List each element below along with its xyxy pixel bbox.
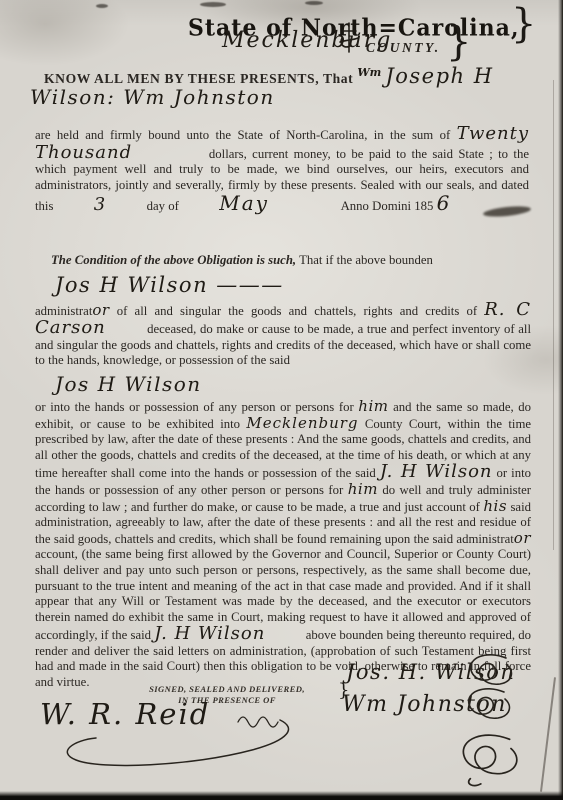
attestation-line-1: SIGNED, SEALED AND DELIVERED, [112,684,342,695]
condition-flow-1: administrator of all and singular the go… [35,301,531,369]
bounden-dash: ——— [216,273,284,297]
condition-lead-roman: That if the above bounden [299,253,433,267]
administrator-name: Jos H Wilson [55,372,202,396]
bond-year-handwritten: 6 [437,191,450,215]
header-brace-top: } [511,4,536,44]
scan-speck [305,1,323,5]
administrator-name-line: Jos H Wilson [55,373,531,395]
scan-speck [200,2,226,7]
or-handwritten: or [514,529,531,547]
his-handwritten: his [483,497,507,515]
him-handwritten-2: him [348,480,378,498]
scan-edge-bottom [0,791,563,800]
scan-edge-right [558,0,563,800]
bond-anno-domini: Anno Domini 185 [341,199,434,213]
bond-held-clause: are held and firmly bound unto the State… [35,128,450,142]
possession-name: J. H Wilson [380,461,493,482]
approved-name: J. H Wilson [154,623,265,644]
inventory-clause: deceased, do make or cause to be made, a… [35,322,531,367]
county-label: COUNTY. [366,40,441,56]
principal-name-first: Joseph H [385,64,493,88]
scan-speck [96,4,108,8]
paper-edge-line [553,80,555,550]
court-county-handwritten: Mecklenburg [246,414,358,432]
bond-month-handwritten: May [219,191,269,215]
him-handwritten-1: him [358,397,388,415]
document-page: State of North=Carolina, } Mecklenburg C… [0,0,563,800]
admin-clause: of all and singular the goods and chatte… [117,304,477,318]
page-corner-crease [540,677,556,791]
condition-section: The Condition of the above Obligation is… [35,253,531,691]
seal-scroll-icon [460,684,518,730]
condition-lead-italic: The Condition of the above Obligation is… [51,253,296,267]
bond-day-handwritten: 3 [94,194,106,215]
condition-flow-2: or into the hands or possession of any p… [35,399,531,691]
caret-cross-icon [338,22,360,58]
inserted-name-superscript: Wm [357,66,381,79]
admin-hand-suffix: or [92,301,109,319]
bounden-name: Jos H Wilson [55,273,208,297]
admin-print: administrat [35,304,92,318]
bounden-name-line: Jos H Wilson ——— [55,274,531,296]
bond-paragraph: are held and firmly bound unto the State… [35,125,529,215]
bond-day-of: day of [147,199,179,213]
persons-clause-a: or into the hands or possession of any p… [35,400,354,414]
header-brace-bottom: } [446,22,471,62]
seal-scroll-icon [452,728,528,790]
witness-flourish-icon [42,712,342,774]
condition-lead-line: The Condition of the above Obligation is… [35,253,531,269]
know-all-text: KNOW ALL MEN BY THESE PRESENTS, That [44,71,353,86]
principal-name-rest: Wilson: Wm Johnston [30,85,275,109]
